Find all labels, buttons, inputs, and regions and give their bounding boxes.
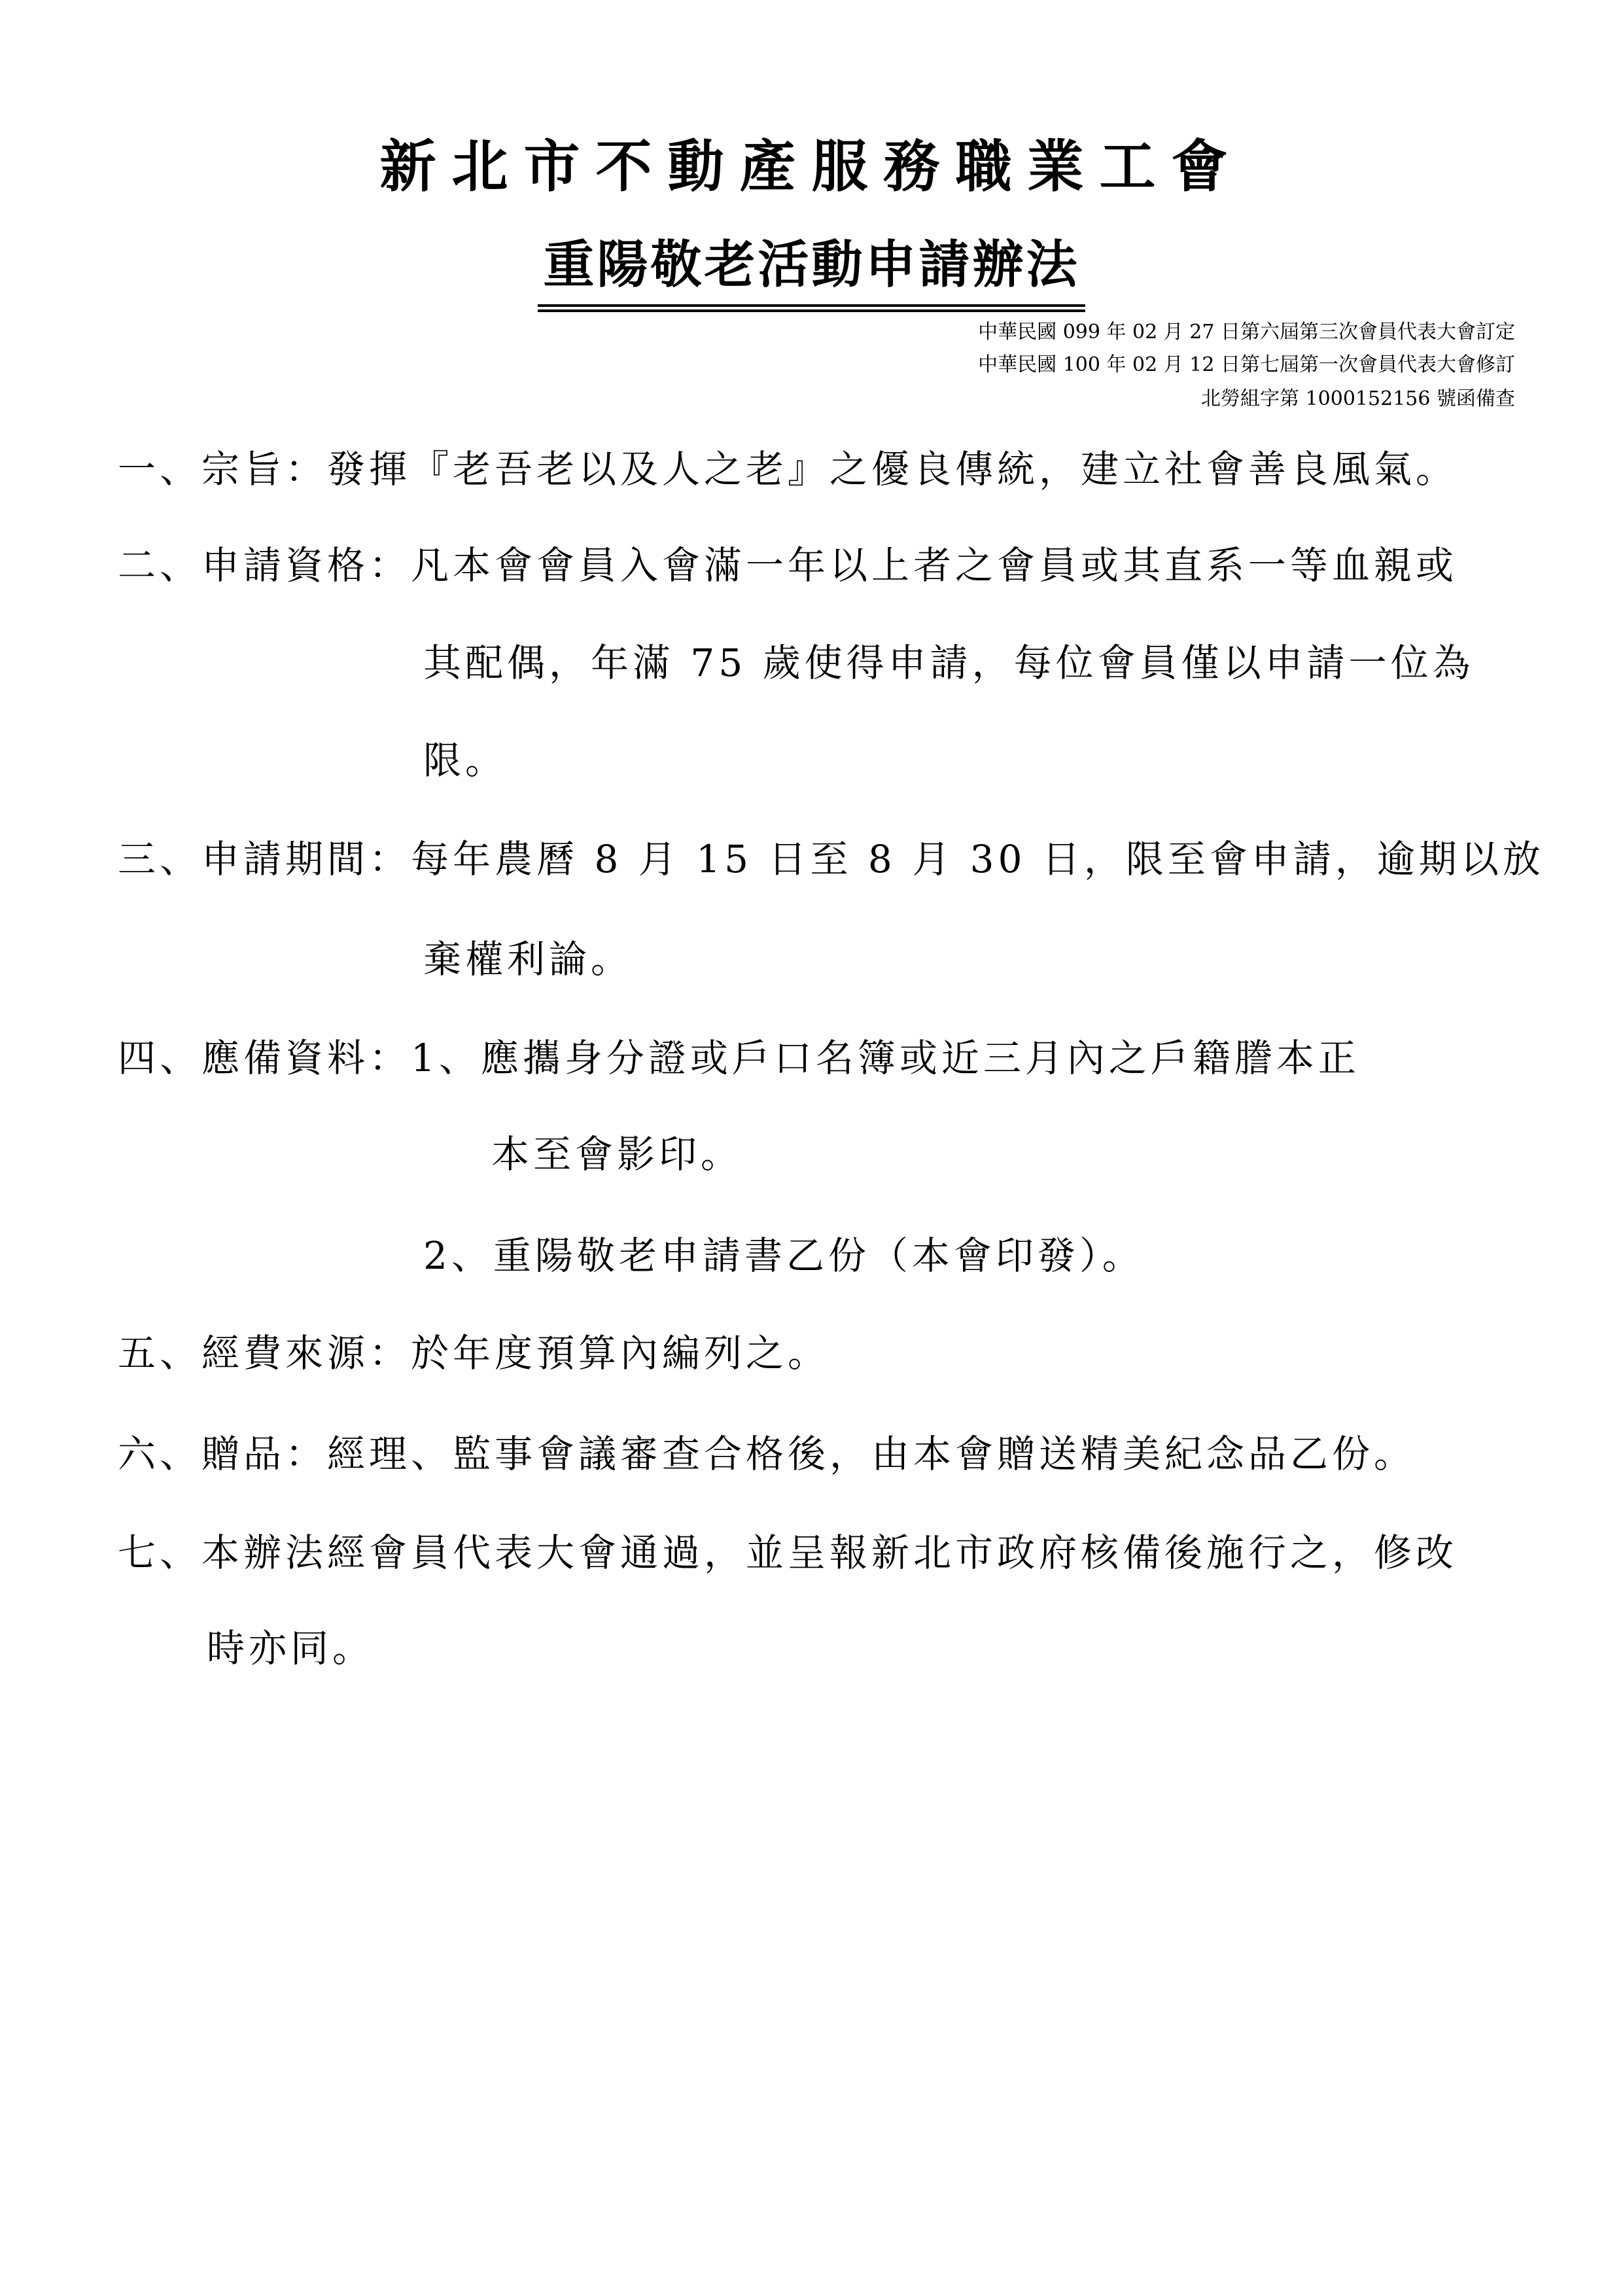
subtitle-container: 重陽敬老活動申請辦法 — [0, 232, 1623, 312]
article-3-period: 三、申請期間：每年農曆 8 月 15 日至 8 月 30 日，限至會申請，逾期以… — [118, 833, 1544, 885]
document-title: 新北市不動產服務職業工會 — [0, 131, 1623, 203]
article-3-period-cont: 棄權利論。 — [423, 933, 633, 985]
article-4-documents-item-2: 2、重陽敬老申請書乙份（本會印發）。 — [423, 1229, 1144, 1282]
article-7-enactment: 七、本辦法經會員代表大會通過，並呈報新北市政府核備後施行之，修改 — [118, 1527, 1457, 1579]
article-4-documents-cont: 本至會影印。 — [491, 1128, 742, 1180]
note-filed: 北勞組字第 1000152156 號函備查 — [1201, 386, 1515, 412]
note-enacted: 中華民國 099 年 02 月 27 日第六屆第三次會員代表大會訂定 — [978, 319, 1515, 345]
article-2-eligibility: 二、申請資格：凡本會會員入會滿一年以上者之會員或其直系一等血親或 — [118, 539, 1457, 592]
article-4-documents: 四、應備資料：1、應攜身分證或戶口名簿或近三月內之戶籍謄本正 — [118, 1032, 1360, 1084]
article-2-eligibility-cont: 其配偶，年滿 75 歲使得申請，每位會員僅以申請一位為 — [423, 637, 1475, 689]
article-6-gift: 六、贈品：經理、監事會議審查合格後，由本會贈送精美紀念品乙份。 — [118, 1428, 1416, 1480]
article-5-funding: 五、經費來源：於年度預算內編列之。 — [118, 1327, 829, 1379]
article-1-purpose: 一、宗旨：發揮『老吾老以及人之老』之優良傳統，建立社會善良風氣。 — [118, 443, 1457, 495]
document-subtitle: 重陽敬老活動申請辦法 — [538, 232, 1085, 312]
article-7-enactment-cont: 時亦同。 — [207, 1622, 374, 1674]
note-amended: 中華民國 100 年 02 月 12 日第七屆第一次會員代表大會修訂 — [978, 352, 1515, 378]
article-2-eligibility-cont: 限。 — [423, 734, 507, 786]
